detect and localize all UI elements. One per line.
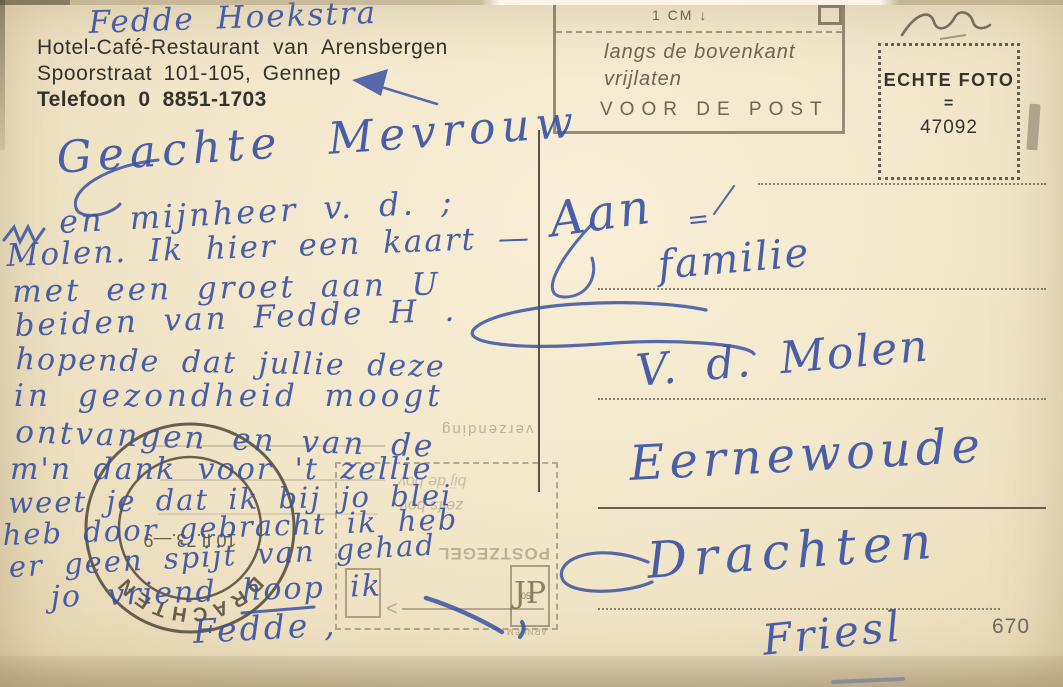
handwritten-sender-name: Fedde Hoekstra <box>88 0 378 41</box>
slogan-dashed-rule <box>556 31 842 33</box>
echte-foto-box: ECHTE FOTO = 47092 <box>878 43 1020 180</box>
address-intro: Aan <box>546 179 656 249</box>
ghost-verzending-text: verzending <box>440 421 533 438</box>
photo-box-number: 47092 <box>881 117 1017 139</box>
equals-sign: = <box>881 95 1017 113</box>
ghost-logo-number: 05 <box>521 591 531 601</box>
edge-smudge <box>1026 104 1040 151</box>
scan-edge-top <box>0 0 1063 5</box>
photo-box-title: ECHTE FOTO <box>881 70 1017 91</box>
scan-edge-bottom <box>0 656 1063 687</box>
address-line-familie: familie <box>656 230 812 289</box>
ghost-arrow-head-icon: < <box>386 598 398 621</box>
center-divider-line <box>538 130 540 492</box>
ghost-postzegel-text: POSTZEGEL <box>438 543 550 563</box>
slogan-measure-label: 1 CM ↓ <box>652 7 708 23</box>
publisher-phone: Telefoon 0 8851-1703 <box>37 88 267 112</box>
publisher-address: Spoorstraat 101-105, Gennep <box>37 62 341 86</box>
message-line: in gezondheid moogt <box>14 378 444 414</box>
postcard-back: verzending bij de bov zelfs bov POSTZEGE… <box>0 0 1063 687</box>
annotation-arrow-head-icon <box>352 69 388 96</box>
postal-slogan-stamp: 1 CM ↓ langs de bovenkant vrijlaten VOOR… <box>553 2 845 134</box>
address-line-dotted-1 <box>758 183 1046 185</box>
address-line-village: Eernewoude <box>628 417 986 492</box>
address-equals-mark: = <box>686 204 711 236</box>
slogan-line-1: langs de bovenkant <box>604 41 795 64</box>
message-signature: Fedde , <box>192 604 338 651</box>
address-line-name: V. d. Molen <box>634 320 932 396</box>
ghost-publisher-logo: JP 05 <box>510 565 550 627</box>
annotation-arrow-shaft <box>365 82 437 104</box>
address-line-dotted-3 <box>598 398 1046 400</box>
scan-edge-left <box>0 0 5 150</box>
slogan-line-2: vrijlaten <box>604 68 682 91</box>
address-line-town: Drachten <box>645 512 940 590</box>
ghost-logo-city: ARNHEM <box>506 627 547 636</box>
pencil-scribble-icon <box>890 5 1000 45</box>
address-line-dotted-4 <box>598 608 1000 610</box>
slogan-line-3: VOOR DE POST <box>600 99 829 121</box>
down-arrow-icon: ↓ <box>699 7 708 23</box>
slogan-corner-square <box>818 5 842 25</box>
address-line-solid <box>598 507 1046 509</box>
catalog-number: 670 <box>992 615 1030 639</box>
